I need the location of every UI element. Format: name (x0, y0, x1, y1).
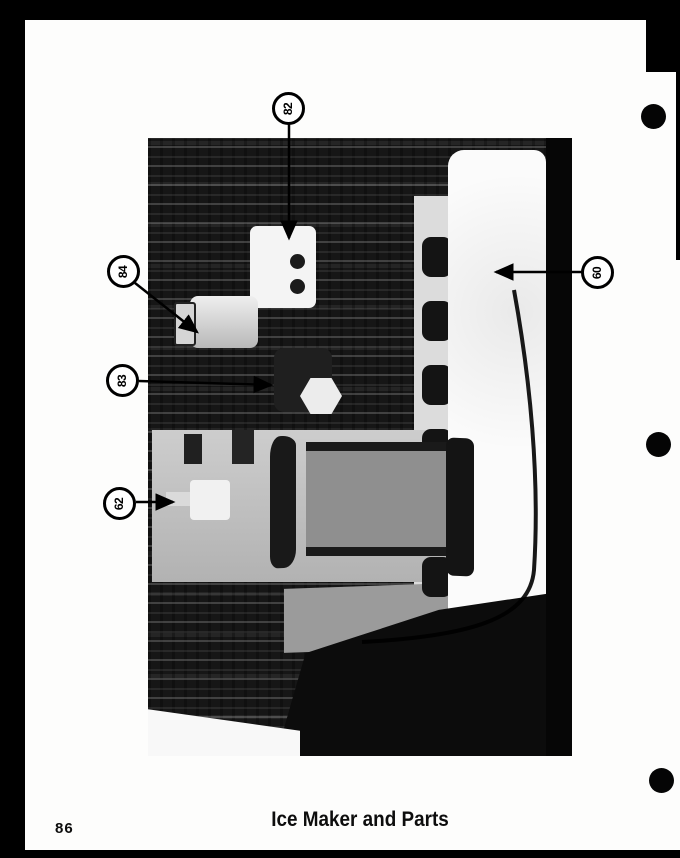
scan-frame-left (0, 0, 25, 858)
mounting-plate (306, 442, 448, 556)
ice-maker-photo (148, 138, 572, 756)
callout-84-number: 84 (116, 265, 130, 277)
callout-82: 82 (272, 92, 305, 125)
callout-82-number: 82 (281, 102, 295, 114)
solenoid-end-cap (174, 302, 196, 346)
callout-60: 60 (581, 256, 614, 289)
scan-frame-top (0, 0, 680, 20)
scan-frame-right-edge (676, 0, 680, 260)
scanned-page: 82 84 83 62 60 Ice Maker and Parts 86 (0, 0, 680, 858)
solenoid-coil (190, 296, 258, 348)
scan-frame-bottom (0, 850, 680, 858)
callout-83-number: 83 (115, 374, 129, 386)
bracket-tab (184, 434, 202, 464)
figure-title: Ice Maker and Parts (198, 808, 522, 832)
callout-62: 62 (103, 487, 136, 520)
bracket-tab (232, 430, 254, 464)
callout-60-number: 60 (590, 266, 604, 278)
water-valve-block (250, 226, 316, 308)
mounting-strap (446, 438, 474, 577)
callout-84: 84 (107, 255, 140, 288)
valve-mounting-hole (290, 254, 305, 269)
registration-dot (641, 104, 666, 129)
registration-dot (649, 768, 674, 793)
scan-frame-top-right (646, 0, 680, 72)
callout-83: 83 (106, 364, 139, 397)
registration-dot (646, 432, 671, 457)
callout-62-number: 62 (112, 497, 126, 509)
mounting-fitting (190, 480, 230, 520)
page-number: 86 (55, 820, 74, 837)
photo-shadow-edge (546, 138, 572, 756)
fitting-stem (166, 492, 192, 506)
valve-mounting-hole (290, 279, 305, 294)
mounting-strap (270, 435, 296, 568)
